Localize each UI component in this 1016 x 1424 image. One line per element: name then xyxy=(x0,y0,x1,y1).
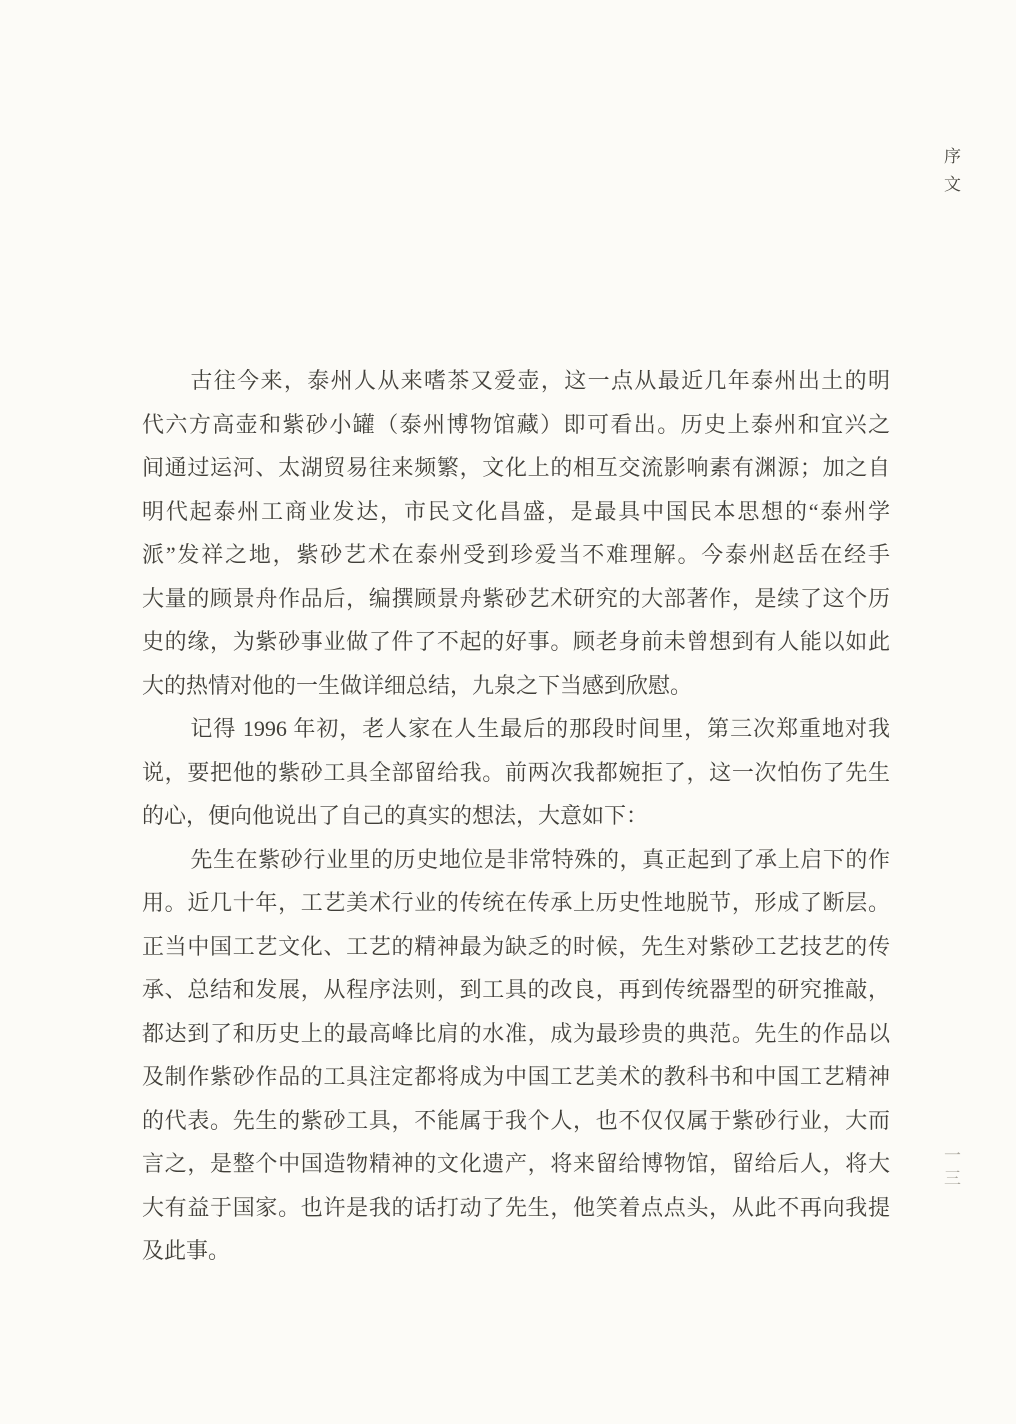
text-line: 及制作紫砂作品的工具注定都将成为中国工艺美术的教科书和中国工艺精神 xyxy=(142,1055,890,1099)
page-number: 一 三 xyxy=(944,1146,961,1189)
preface-label-char-1: 序 xyxy=(944,148,961,166)
page-number-char-1: 一 xyxy=(944,1146,961,1166)
text-line: 大的热情对他的一生做详细总结，九泉之下当感到欣慰。 xyxy=(142,664,890,708)
text-line: 代六方高壶和紫砂小罐（泰州博物馆藏）即可看出。历史上泰州和宜兴之 xyxy=(142,403,890,447)
text-line: 正当中国工艺文化、工艺的精神最为缺乏的时候，先生对紫砂工艺技艺的传 xyxy=(142,925,890,969)
text-line: 明代起泰州工商业发达，市民文化昌盛，是最具中国民本思想的“泰州学 xyxy=(142,490,890,534)
text-line: 史的缘，为紫砂事业做了件了不起的好事。顾老身前未曾想到有人能以如此 xyxy=(142,620,890,664)
preface-margin-label: 序 文 xyxy=(944,148,961,194)
text-line: 的心，便向他说出了自己的真实的想法，大意如下： xyxy=(142,794,890,838)
text-line: 说，要把他的紫砂工具全部留给我。前两次我都婉拒了，这一次怕伤了先生 xyxy=(142,751,890,795)
text-line: 派”发祥之地，紫砂艺术在泰州受到珍爱当不难理解。今泰州赵岳在经手 xyxy=(142,533,890,577)
text-line: 用。近几十年，工艺美术行业的传统在传承上历史性地脱节，形成了断层。 xyxy=(142,881,890,925)
text-line: 大有益于国家。也许是我的话打动了先生，他笑着点点头，从此不再向我提 xyxy=(142,1186,890,1230)
book-page: 序 文 一 三 古往今来，泰州人从来嗜茶又爱壶，这一点从最近几年泰州出土的明代六… xyxy=(0,0,1016,1424)
text-line: 先生在紫砂行业里的历史地位是非常特殊的，真正起到了承上启下的作 xyxy=(142,838,890,882)
text-line: 及此事。 xyxy=(142,1229,890,1273)
body-text-block: 古往今来，泰州人从来嗜茶又爱壶，这一点从最近几年泰州出土的明代六方高壶和紫砂小罐… xyxy=(142,359,890,1273)
text-line: 言之，是整个中国造物精神的文化遗产，将来留给博物馆，留给后人，将大 xyxy=(142,1142,890,1186)
text-line: 大量的顾景舟作品后，编撰顾景舟紫砂艺术研究的大部著作，是续了这个历 xyxy=(142,577,890,621)
text-line: 古往今来，泰州人从来嗜茶又爱壶，这一点从最近几年泰州出土的明 xyxy=(142,359,890,403)
page-number-char-2: 三 xyxy=(944,1169,961,1189)
text-line: 的代表。先生的紫砂工具，不能属于我个人，也不仅仅属于紫砂行业，大而 xyxy=(142,1099,890,1143)
text-line: 承、总结和发展，从程序法则，到工具的改良，再到传统器型的研究推敲， xyxy=(142,968,890,1012)
text-line: 记得 1996 年初，老人家在人生最后的那段时间里，第三次郑重地对我 xyxy=(142,707,890,751)
preface-label-char-2: 文 xyxy=(944,176,961,194)
text-line: 都达到了和历史上的最高峰比肩的水准，成为最珍贵的典范。先生的作品以 xyxy=(142,1012,890,1056)
text-line: 间通过运河、太湖贸易往来频繁，文化上的相互交流影响素有渊源；加之自 xyxy=(142,446,890,490)
